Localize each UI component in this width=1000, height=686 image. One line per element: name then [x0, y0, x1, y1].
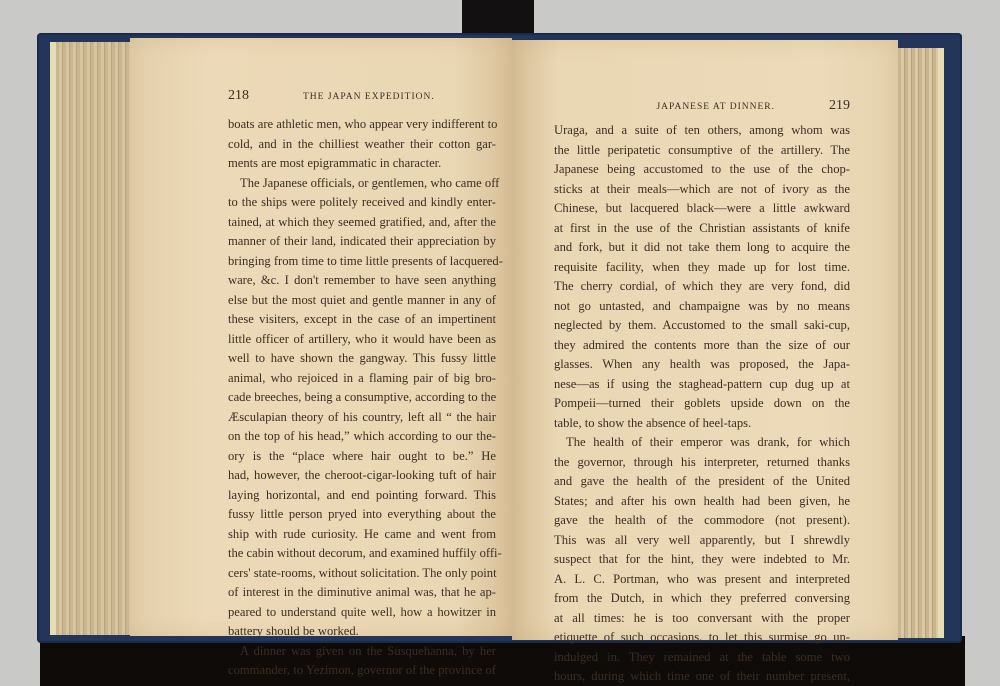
text-line: cold, and in the chilliest weather their…	[228, 135, 496, 155]
left-page-body: boats are athletic men, who appear very …	[228, 115, 496, 681]
text-line: animal, who rejoiced in a flaming pair o…	[228, 369, 496, 389]
text-line: peared to understand quite well, how a h…	[228, 603, 496, 623]
text-line: well to have shown the gangway. This fus…	[228, 349, 496, 369]
text-line: cers' state-rooms, without solicitation.…	[228, 564, 496, 584]
text-line: they admired the contents more than the …	[554, 336, 850, 356]
text-line: nese—as if using the staghead-pattern cu…	[554, 375, 850, 395]
text-line: ory is the “place where hair ought to be…	[228, 447, 496, 467]
text-line: had, however, the cheroot-cigar-looking …	[228, 466, 496, 486]
text-line: fussy little person pryed into everythin…	[228, 505, 496, 525]
text-line: laying horizontal, and end pointing forw…	[228, 486, 496, 506]
text-line: not go untasted, and champaigne was by n…	[554, 297, 850, 317]
text-line: The cherry cordial, of which they are ve…	[554, 277, 850, 297]
text-line: at all times: he is too conversant with …	[554, 609, 850, 629]
text-line: Japanese being accustomed to the use of …	[554, 160, 850, 180]
text-line: requisite facility, when they made up fo…	[554, 258, 850, 278]
page-number: 218	[228, 88, 249, 104]
text-line: Chinese, but lacquered black—were a litt…	[554, 199, 850, 219]
text-line: A. L. C. Portman, who was present and in…	[554, 570, 850, 590]
text-line: to the ships were politely received and …	[228, 193, 496, 213]
text-line: ware, &c. I don't remember to have seen …	[228, 271, 496, 291]
text-line: and gave the health of the president of …	[554, 472, 850, 492]
text-line: Pompeii—turned their goblets upside down…	[554, 394, 850, 414]
text-line: boats are athletic men, who appear very …	[228, 115, 496, 135]
right-page-body: Uraga, and a suite of ten others, among …	[554, 121, 850, 686]
text-line: sticks at their meals—which are not of i…	[554, 180, 850, 200]
page-number: 219	[829, 98, 850, 114]
text-line: table, to show the absence of heel-taps.	[554, 414, 850, 434]
text-line: The Japanese officials, or gentlemen, wh…	[228, 174, 496, 194]
text-line: glasses. When any health was proposed, t…	[554, 355, 850, 375]
text-line: from the Dutch, in which they preferred …	[554, 589, 850, 609]
running-title: THE JAPAN EXPEDITION.	[303, 92, 435, 102]
text-line: battery should be worked.	[228, 622, 496, 642]
text-line: The health of their emperor was drank, f…	[554, 433, 850, 453]
text-line: of interest in the diminutive animal was…	[228, 583, 496, 603]
text-line: tained, at which they seemed gratified, …	[228, 213, 496, 233]
left-page: 218 THE JAPAN EXPEDITION. boats are athl…	[130, 38, 512, 636]
text-line: manner of their land, indicated their ap…	[228, 232, 496, 252]
text-line: commander, to Yezimon, governor of the p…	[228, 661, 496, 681]
text-line: on the top of his head,” which according…	[228, 427, 496, 447]
text-line: the cabin without decorum, and examined …	[228, 544, 496, 564]
right-page: JAPANESE AT DINNER. 219 Uraga, and a sui…	[512, 40, 898, 640]
text-line: neglected by them. Accustomed to the sma…	[554, 316, 850, 336]
text-line: hours, during which time one of their nu…	[554, 667, 850, 686]
text-line: the little peripatetic consumptive of th…	[554, 141, 850, 161]
running-title: JAPANESE AT DINNER.	[656, 102, 775, 112]
text-line: at first in the use of the Christian ass…	[554, 219, 850, 239]
text-line: Uraga, and a suite of ten others, among …	[554, 121, 850, 141]
text-line: else but the most quiet and gentle manne…	[228, 291, 496, 311]
text-line: This was all very well apparently, but I…	[554, 531, 850, 551]
text-line: cade breeches, being a consumptive, acco…	[228, 388, 496, 408]
text-line: bringing from time to time little presen…	[228, 252, 496, 272]
page-edges-left	[50, 42, 136, 635]
text-line: A dinner was given on the Susquehanna, b…	[228, 642, 496, 662]
text-line: ments are most epigrammatic in character…	[228, 154, 496, 174]
text-line: gave the health of the commodore (not pr…	[554, 511, 850, 531]
text-line: these visiters, except in the case of an…	[228, 310, 496, 330]
text-line: little officer of artillery, who it woul…	[228, 330, 496, 350]
text-line: the governor, through his interpreter, r…	[554, 453, 850, 473]
text-line: and fork, but it did not take them long …	[554, 238, 850, 258]
right-page-header: JAPANESE AT DINNER. 219	[554, 98, 850, 114]
text-line: indulged in. They remained at the table …	[554, 648, 850, 668]
text-line: ship with rude curiosity. He came and we…	[228, 525, 496, 545]
page-edges-right	[898, 48, 944, 638]
text-line: etiquette of such occasions, to let this…	[554, 628, 850, 648]
text-line: States; and after his own health had bee…	[554, 492, 850, 512]
text-line: suspect that for the hint, they were ind…	[554, 550, 850, 570]
text-line: Æsculapian theory of his country, left a…	[228, 408, 496, 428]
left-page-header: 218 THE JAPAN EXPEDITION.	[228, 88, 496, 104]
